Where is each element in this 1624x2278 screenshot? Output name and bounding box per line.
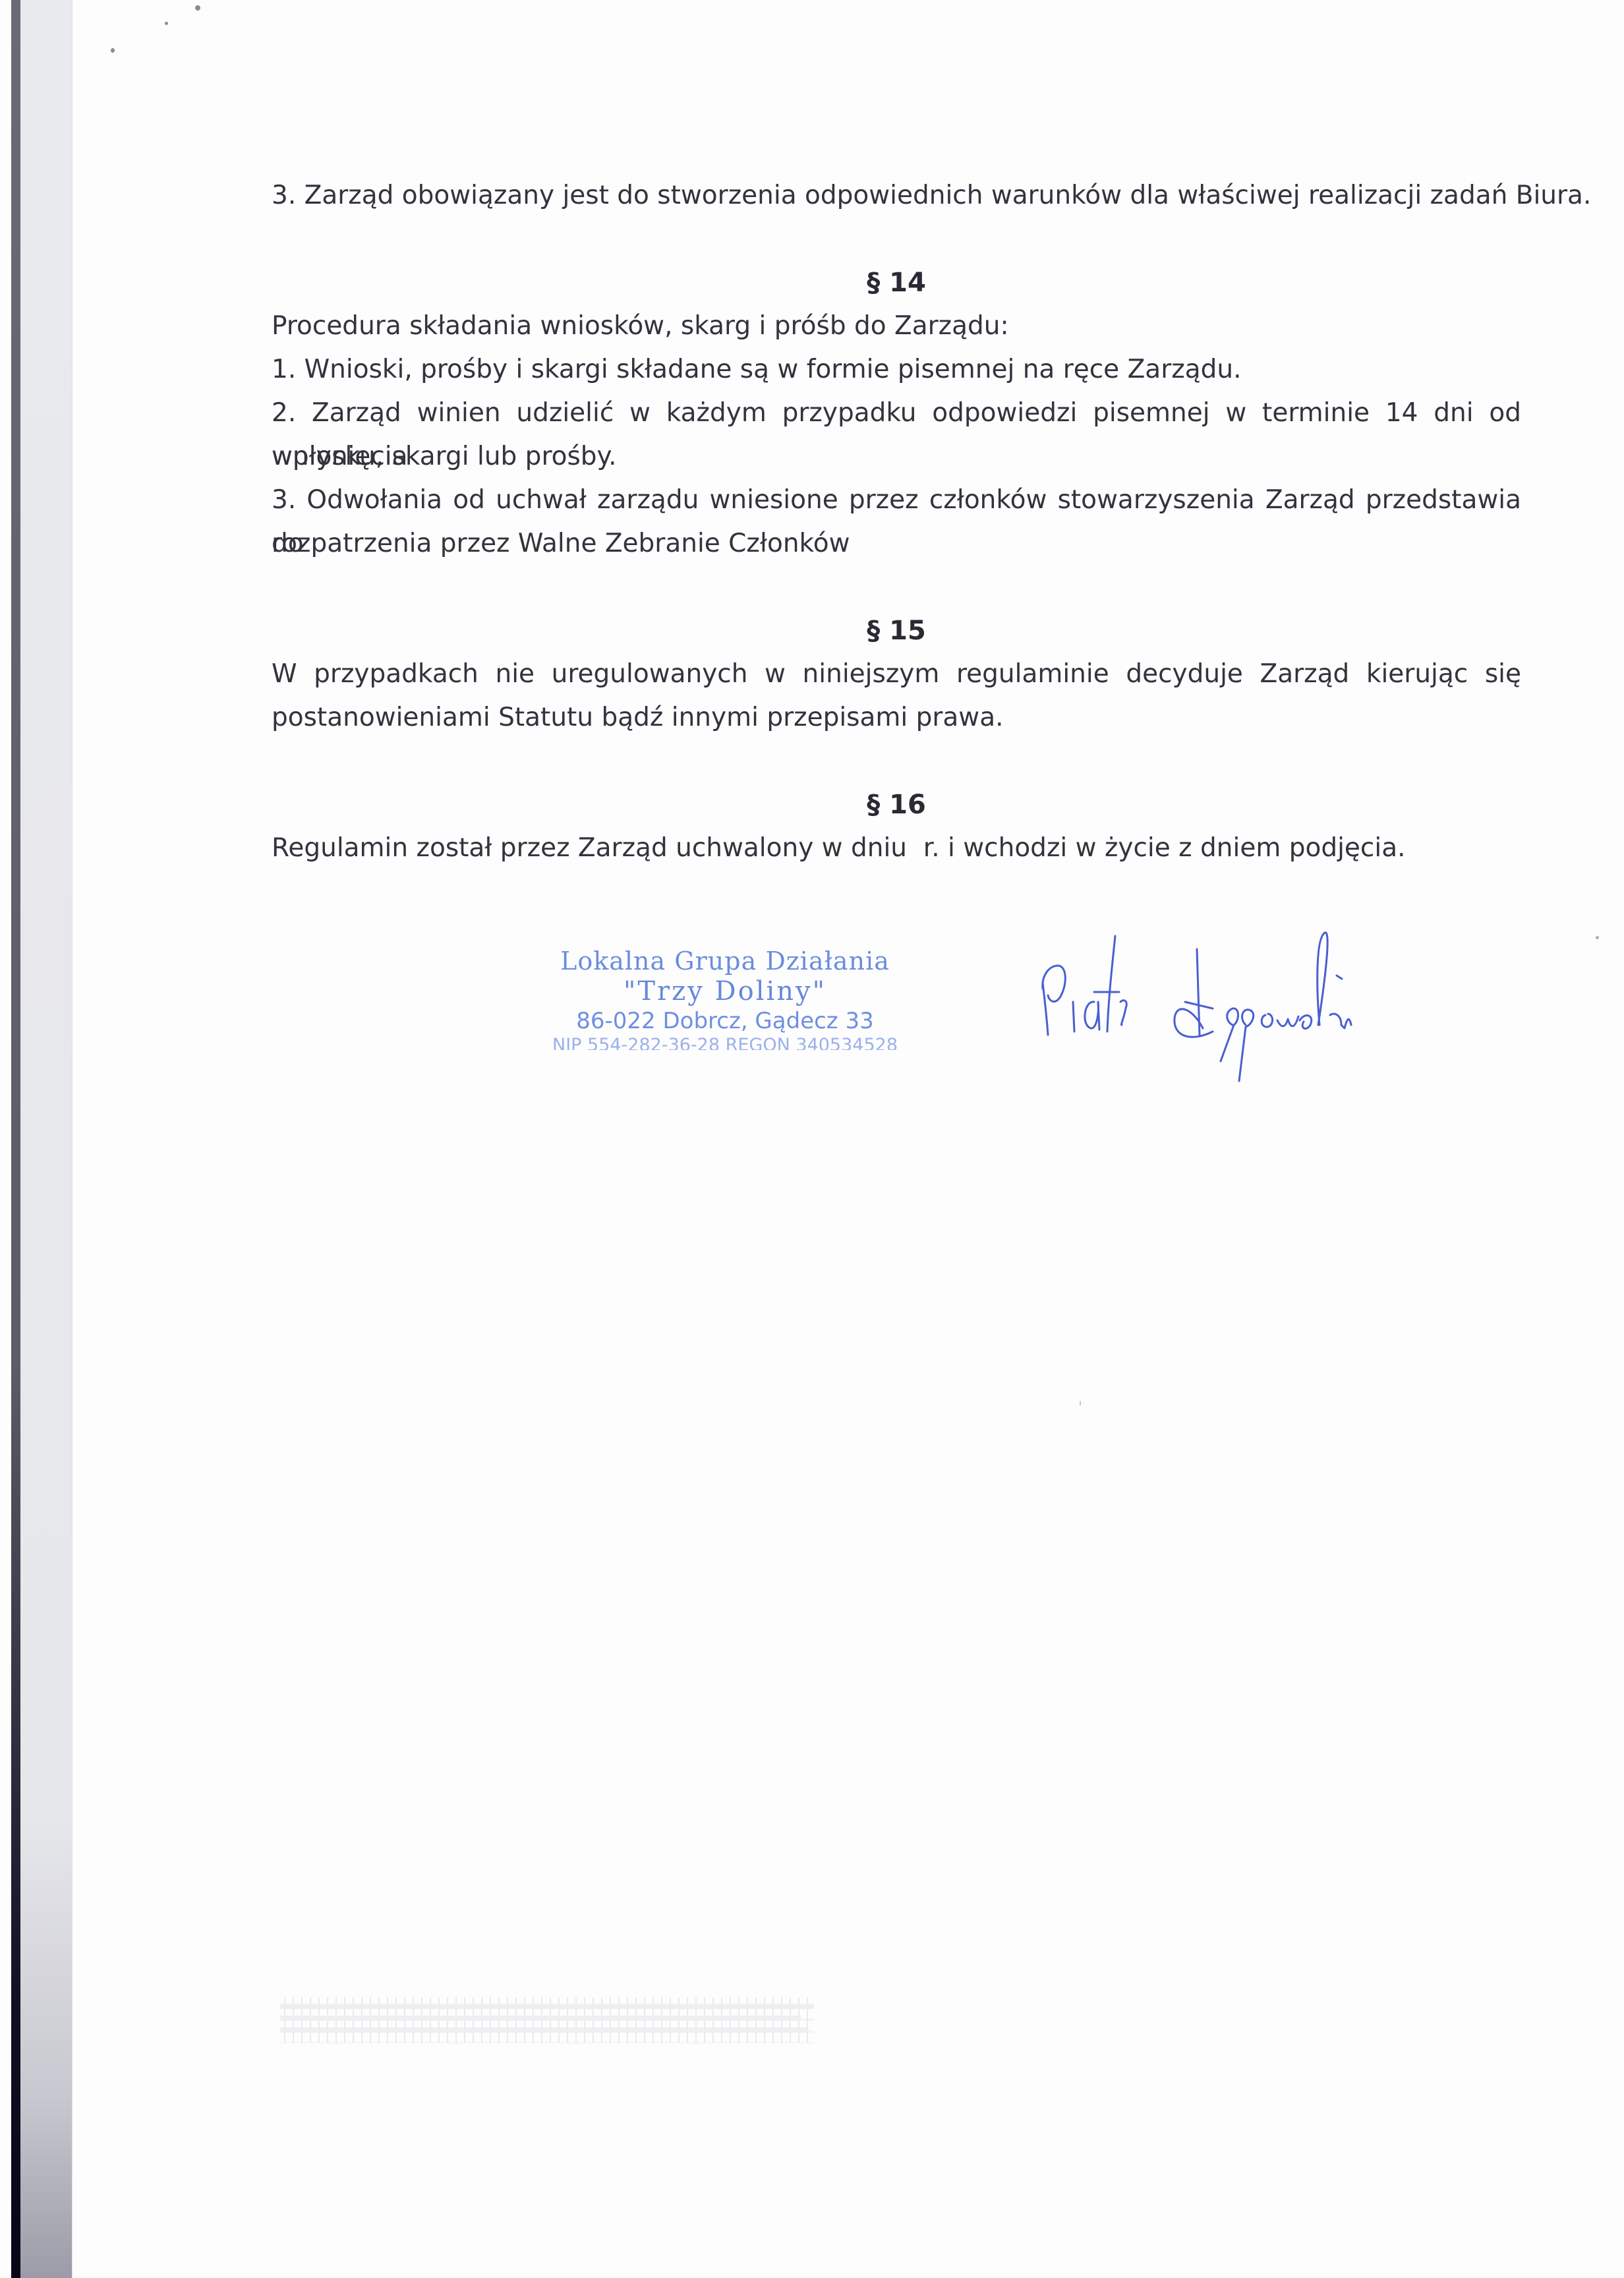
section-14-line: Procedura składania wniosków, skarg i pr… <box>272 305 1009 348</box>
section-15-heading: § 15 <box>272 609 1521 653</box>
section-16-line: Regulamin został przez Zarząd uchwalony … <box>272 827 1406 870</box>
scan-edge-dark-strip <box>11 0 20 2278</box>
section-14-line: rozpatrzenia przez Walne Zebranie Członk… <box>272 522 850 566</box>
stamp-tax-ids: NIP 554-282-36-28 REGON 340534528 <box>540 1036 910 1050</box>
section-15-line: postanowieniami Statutu bądź innymi prze… <box>272 696 1004 740</box>
scan-speck <box>165 22 168 25</box>
handwritten-signature <box>1015 903 1529 1101</box>
stamp-org-name: "Trzy Doliny" <box>540 976 910 1007</box>
section-15-line: W przypadkach nie uregulowanych w niniej… <box>272 653 1521 696</box>
scan-edge-light-strip <box>20 0 72 2278</box>
section-14-line: wniosku, skargi lub prośby. <box>272 435 616 479</box>
stamp-org-type: Lokalna Grupa Działania <box>540 946 910 976</box>
section-14-heading: § 14 <box>272 261 1521 305</box>
organization-stamp: Lokalna Grupa Działania "Trzy Doliny" 86… <box>540 946 910 1050</box>
stamp-address: 86-022 Dobrcz, Gądecz 33 <box>540 1007 910 1036</box>
faded-scan-remnant <box>280 1997 814 2043</box>
section-16-heading: § 16 <box>272 783 1521 827</box>
section-14-line: 1. Wnioski, prośby i skargi składane są … <box>272 348 1241 392</box>
scan-speck <box>111 48 115 53</box>
scan-speck <box>1596 936 1599 939</box>
faded-line <box>280 2028 807 2033</box>
intro-item: 3. Zarząd obowiązany jest do stworzenia … <box>272 174 1591 218</box>
faded-line <box>280 2016 801 2021</box>
scan-speck <box>1080 1401 1081 1406</box>
scan-speck <box>195 5 200 11</box>
faded-line <box>280 2004 814 2009</box>
